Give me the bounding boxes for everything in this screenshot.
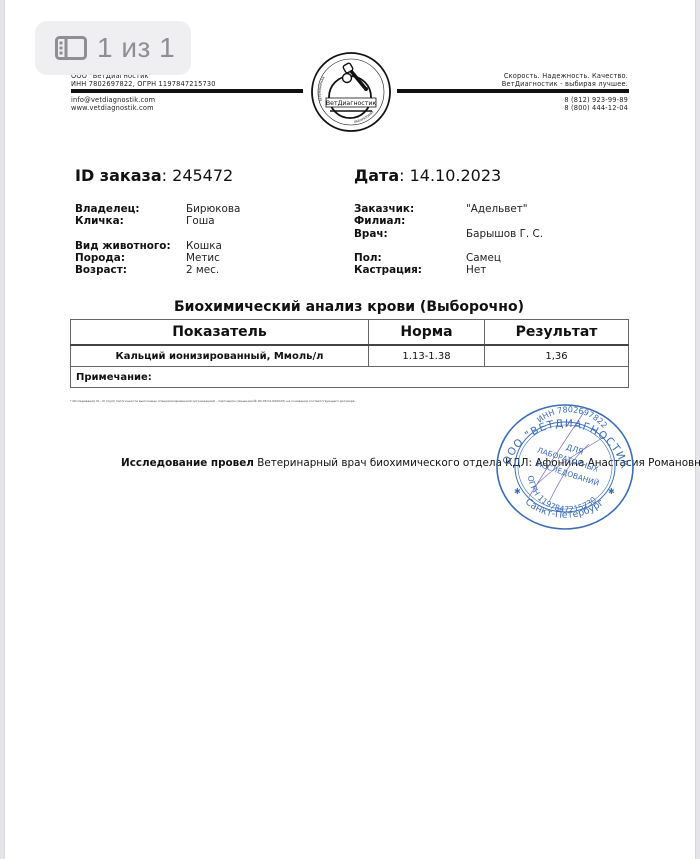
company-logo: ВетДиагностик ВЕТЕРИНАРНАЯ ЛАБОРАТОРИЯ [310, 51, 392, 133]
age-label: Возраст: [75, 264, 186, 276]
table-row: Кальций ионизированный, Ммоль/л 1.13-1.3… [71, 345, 629, 367]
letterhead-contacts: info@vetdiagnostik.com www.vetdiagnostik… [71, 96, 155, 112]
age-value: 2 мес. [186, 264, 219, 276]
viewer-right-edge [695, 0, 700, 859]
owner-label: Владелец: [75, 203, 186, 215]
letterhead-phones: 8 (812) 923-99-89 8 (800) 444-12-04 [564, 96, 628, 112]
branch-label: Филиал: [354, 215, 466, 227]
results-header-row: Показатель Норма Результат [71, 320, 629, 346]
sex-row: Пол: Самец [354, 252, 543, 264]
result-cell: 1,36 [485, 345, 629, 367]
order-id-label: ID заказа [75, 166, 162, 185]
species-row: Вид животного: Кошка [75, 240, 240, 252]
column-header-norm: Норма [369, 320, 485, 346]
castration-label: Кастрация: [354, 264, 466, 276]
breed-value: Метис [186, 252, 220, 264]
column-header-parameter: Показатель [71, 320, 369, 346]
branch-row: Филиал: [354, 215, 543, 227]
species-value: Кошка [186, 240, 222, 252]
results-table: Показатель Норма Результат Кальций иониз… [70, 319, 629, 388]
header-rule-left [71, 89, 303, 93]
owner-value: Бирюкова [186, 203, 240, 215]
patient-info: Владелец: Бирюкова Кличка: Гоша Вид живо… [75, 203, 240, 276]
slogan-line-1: Скорость. Надежность. Качество. [502, 72, 628, 80]
page-counter-badge[interactable]: 1 из 1 [35, 21, 191, 75]
phone-1[interactable]: 8 (812) 923-99-89 [564, 96, 628, 104]
signature-label: Исследование провел [121, 457, 254, 469]
company-email[interactable]: info@vetdiagnostik.com [71, 96, 155, 104]
svg-text:✱: ✱ [514, 487, 521, 496]
castration-value: Нет [466, 264, 486, 276]
owner-row: Владелец: Бирюкова [75, 203, 240, 215]
castration-row: Кастрация: Нет [354, 264, 543, 276]
doctor-label: Врач: [354, 228, 466, 240]
signature-line: Исследование провел Ветеринарный врач би… [121, 457, 700, 469]
slogan-line-2: ВетДиагностик - выбирая лучшее. [502, 80, 628, 88]
svg-text:ВетДиагностик: ВетДиагностик [326, 100, 376, 107]
column-header-result: Результат [485, 320, 629, 346]
pet-name-label: Кличка: [75, 215, 186, 227]
customer-row: Заказчик: "Адельвет" [354, 203, 543, 215]
doctor-value: Барышов Г. С. [466, 228, 543, 240]
order-id: ID заказа: 245472 [75, 166, 233, 185]
page-counter-text: 1 из 1 [97, 32, 175, 64]
letterhead-slogan: Скорость. Надежность. Качество. ВетДиагн… [502, 72, 628, 88]
order-id-value: : 245472 [162, 166, 234, 185]
note-row: Примечание: [71, 367, 629, 388]
breed-row: Порода: Метис [75, 252, 240, 264]
customer-value: "Адельвет" [466, 203, 528, 215]
age-row: Возраст: 2 мес. [75, 264, 240, 276]
pet-name-row: Кличка: Гоша [75, 215, 240, 227]
svg-text:✱: ✱ [608, 487, 615, 496]
doctor-row: Врач: Барышов Г. С. [354, 228, 543, 240]
footnote: * Исследования III – IV групп патогеннос… [70, 399, 370, 403]
svg-text:ОГРН 1197847215730: ОГРН 1197847215730 [526, 475, 598, 514]
pet-name-value: Гоша [186, 215, 215, 227]
customer-label: Заказчик: [354, 203, 466, 215]
svg-text:ИНН 7802697822: ИНН 7802697822 [535, 405, 609, 430]
order-date: Дата: 14.10.2023 [354, 166, 501, 185]
report-title: Биохимический анализ крови (Выборочно) [70, 299, 628, 315]
svg-text:ДЛЯ: ДЛЯ [565, 443, 585, 457]
svg-text:Санкт-Петербург: Санкт-Петербург [523, 496, 606, 520]
sex-label: Пол: [354, 252, 466, 264]
phone-2[interactable]: 8 (800) 444-12-04 [564, 104, 628, 112]
viewer-left-edge [0, 0, 5, 859]
species-label: Вид животного: [75, 240, 186, 252]
company-website[interactable]: www.vetdiagnostik.com [71, 104, 155, 112]
norm-cell: 1.13-1.38 [369, 345, 485, 367]
order-date-label: Дата [354, 166, 399, 185]
sex-value: Самец [466, 252, 501, 264]
breed-label: Порода: [75, 252, 186, 264]
header-rule-right [397, 89, 629, 93]
sidebar-pages-icon [55, 36, 87, 60]
company-ids: ИНН 7802697822, ОГРН 1197847215730 [71, 80, 216, 88]
order-date-value: : 14.10.2023 [399, 166, 501, 185]
note-label: Примечание: [71, 367, 629, 388]
client-info: Заказчик: "Адельвет" Филиал: Врач: Барыш… [354, 203, 543, 276]
parameter-cell: Кальций ионизированный, Ммоль/л [71, 345, 369, 367]
signature-text: Ветеринарный врач биохимического отдела … [257, 457, 700, 469]
